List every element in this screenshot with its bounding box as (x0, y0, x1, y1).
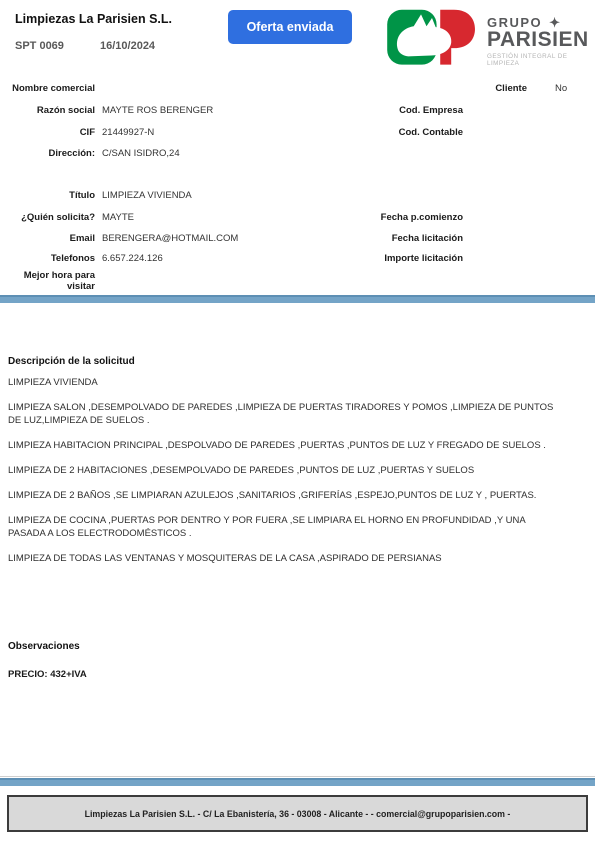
field-nombre-comercial: Nombre comercial (0, 83, 102, 94)
description-paragraph: LIMPIEZA HABITACION PRINCIPAL ,DESPOLVAD… (8, 439, 560, 452)
logo-brand-word: PARISIEN (487, 29, 595, 51)
field-label: CIF (0, 127, 95, 138)
field-quien-solicita: ¿Quién solicita?MAYTE (0, 212, 134, 223)
field-telefonos: Telefonos6.657.224.126 (0, 253, 163, 264)
footer-address-text: Limpiezas La Parisien S.L. - C/ La Ebani… (85, 809, 511, 819)
footer-address-box: Limpiezas La Parisien S.L. - C/ La Ebani… (7, 795, 588, 832)
description-paragraph: LIMPIEZA DE TODAS LAS VENTANAS Y MOSQUIT… (8, 552, 560, 565)
field-fecha-comienzo: Fecha p.comienzo (303, 212, 470, 223)
field-label: Email (0, 233, 95, 244)
field-direccion: Dirección:C/SAN ISIDRO,24 (0, 148, 180, 159)
field-label: Telefonos (0, 253, 95, 264)
field-cliente-value: No (555, 83, 567, 94)
description-section: Descripción de la solicitud LIMPIEZA VIV… (8, 356, 560, 577)
document-date: 16/10/2024 (100, 40, 155, 52)
field-cod-contable: Cod. Contable (303, 127, 470, 138)
field-value: LIMPIEZA VIVIENDA (102, 190, 192, 201)
rhino-logo-icon (386, 7, 478, 76)
price-text: PRECIO: 432+IVA (8, 669, 87, 680)
field-label: Razón social (0, 105, 95, 116)
field-label: Cod. Contable (303, 127, 463, 138)
field-cif: CIF21449927-N (0, 127, 154, 138)
footer-divider-bar (0, 778, 595, 786)
field-value: 21449927-N (102, 127, 154, 138)
quote-document-page: Limpiezas La Parisien S.L. SPT 0069 16/1… (0, 0, 595, 841)
field-value: MAYTE ROS BERENGER (102, 105, 213, 116)
field-value: MAYTE (102, 212, 134, 223)
field-cliente-label: Cliente (380, 83, 527, 94)
field-label: Fecha p.comienzo (303, 212, 463, 223)
field-cod-empresa: Cod. Empresa (303, 105, 470, 116)
field-importe-licitacion: Importe licitación (303, 253, 470, 264)
field-label: Fecha licitación (303, 233, 463, 244)
field-razon-social: Razón socialMAYTE ROS BERENGER (0, 105, 213, 116)
description-paragraph: LIMPIEZA DE 2 HABITACIONES ,DESEMPOLVADO… (8, 464, 560, 477)
grupo-parisien-logo: GRUPO ✦ PARISIEN GESTIÓN INTEGRAL DE LIM… (386, 7, 595, 76)
offer-sent-button[interactable]: Oferta enviada (228, 10, 352, 44)
field-titulo: TítuloLIMPIEZA VIVIENDA (0, 190, 192, 201)
field-label: Nombre comercial (0, 83, 95, 94)
field-mejor-hora: Mejor hora para visitar (0, 270, 102, 292)
field-label: Cod. Empresa (303, 105, 463, 116)
description-paragraph: LIMPIEZA VIVIENDA (8, 376, 560, 389)
field-label: Importe licitación (303, 253, 463, 264)
company-title: Limpiezas La Parisien S.L. (15, 12, 172, 26)
logo-wordmark: GRUPO ✦ PARISIEN GESTIÓN INTEGRAL DE LIM… (487, 16, 595, 67)
field-label: Dirección: (0, 148, 95, 159)
observations-section: Observaciones PRECIO: 432+IVA (8, 641, 87, 680)
field-value: BERENGERA@HOTMAIL.COM (102, 233, 238, 244)
footer-separator-line (0, 776, 595, 777)
field-label: Mejor hora para visitar (0, 270, 95, 292)
field-value: 6.657.224.126 (102, 253, 163, 264)
field-email: EmailBERENGERA@HOTMAIL.COM (0, 233, 238, 244)
description-paragraph: LIMPIEZA DE COCINA ,PUERTAS POR DENTRO Y… (8, 514, 560, 540)
field-fecha-licitacion: Fecha licitación (303, 233, 470, 244)
field-label: Título (0, 190, 95, 201)
field-value: C/SAN ISIDRO,24 (102, 148, 180, 159)
description-paragraph: LIMPIEZA SALON ,DESEMPOLVADO DE PAREDES … (8, 401, 560, 427)
reference-code: SPT 0069 (15, 40, 64, 52)
description-heading: Descripción de la solicitud (8, 356, 560, 367)
section-divider-bar (0, 295, 595, 303)
description-paragraph: LIMPIEZA DE 2 BAÑOS ,SE LIMPIARAN AZULEJ… (8, 489, 560, 502)
field-label: ¿Quién solicita? (0, 212, 95, 223)
observations-heading: Observaciones (8, 641, 87, 652)
logo-tagline: GESTIÓN INTEGRAL DE LIMPIEZA (487, 53, 595, 67)
